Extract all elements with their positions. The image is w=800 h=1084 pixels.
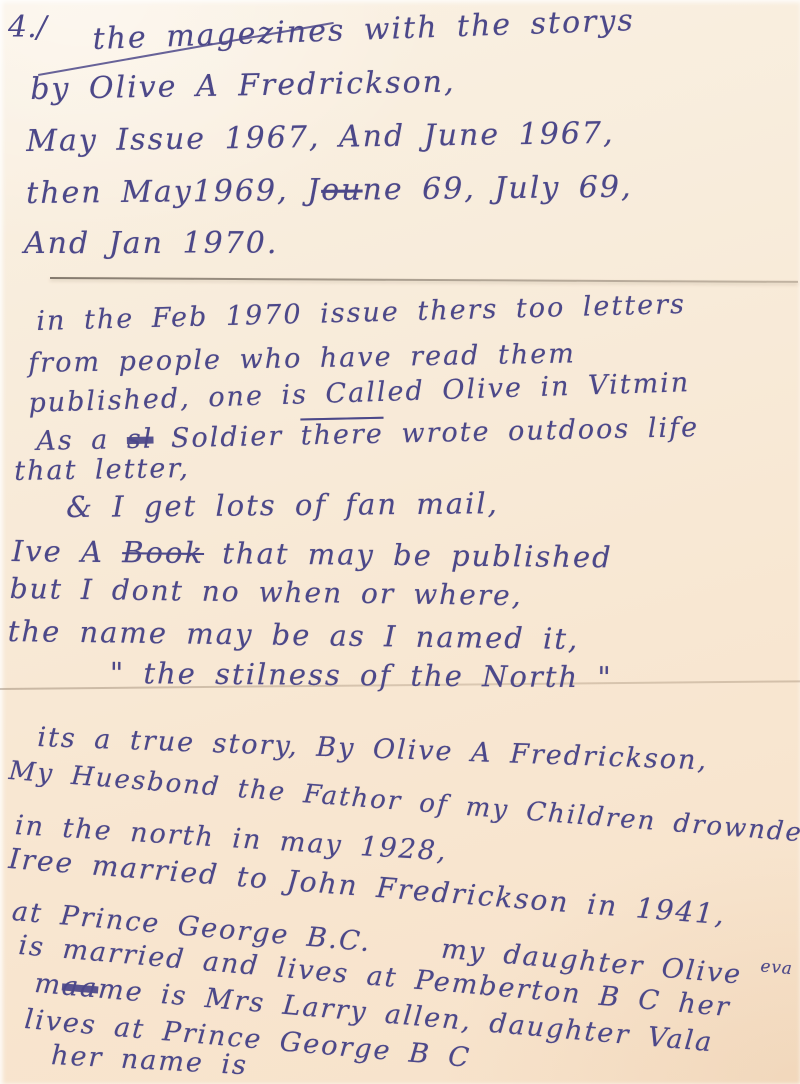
handwritten-line-02: by Olive A Fredrickson, [30,65,456,107]
line-04-struck-letters: ou [321,172,363,207]
line-04-text-cont: ne 69, July 69, [362,170,632,208]
line-09-struck-word: sl [127,424,154,456]
line-20-superscript: eva [760,955,794,978]
handwritten-line-09: As a sl Soldier there wrote outdoos life [36,412,699,457]
handwritten-line-04: then May1969, Joune 69, July 69, [26,170,633,211]
handwritten-line-12: Ive A Book that may be published [12,534,613,574]
handwritten-line-15-book-title: " the stilness of the North " [110,656,613,694]
handwritten-line-11: & I get lots of fan mail, [66,486,499,524]
letter-page: 4./ the magezines with the storys by Oli… [0,0,800,1084]
line-09-overlined-word: there [300,419,384,452]
line-12-text: Ive A [12,534,123,569]
handwritten-line-01: the magezines with the storys [92,3,635,57]
line-22-blotted-letters: aa [61,970,100,1004]
line-09-text-cont: wrote outdoos life [384,412,700,450]
handwritten-line-10: that letter, [14,453,190,487]
handwritten-line-13: but I dont no when or where, [10,572,523,612]
line-04-text: then May1969, J [26,173,321,211]
line-09-text-mid: Soldier [153,420,301,454]
line-22-text: m [33,968,63,1001]
handwritten-line-03: May Issue 1967, And June 1967, [26,116,615,159]
fold-crease-upper [50,277,798,283]
handwritten-line-14: the name may be as I named it, [8,614,580,656]
handwritten-line-06: in the Feb 1970 issue thers too letters [36,289,686,337]
line-09-text: As a [36,424,127,457]
handwritten-line-05: And Jan 1970. [24,226,278,261]
line-12-crossed-word: Book [122,535,204,570]
line-12-text-cont: that may be published [204,536,613,574]
page-number: 4./ [8,10,47,45]
